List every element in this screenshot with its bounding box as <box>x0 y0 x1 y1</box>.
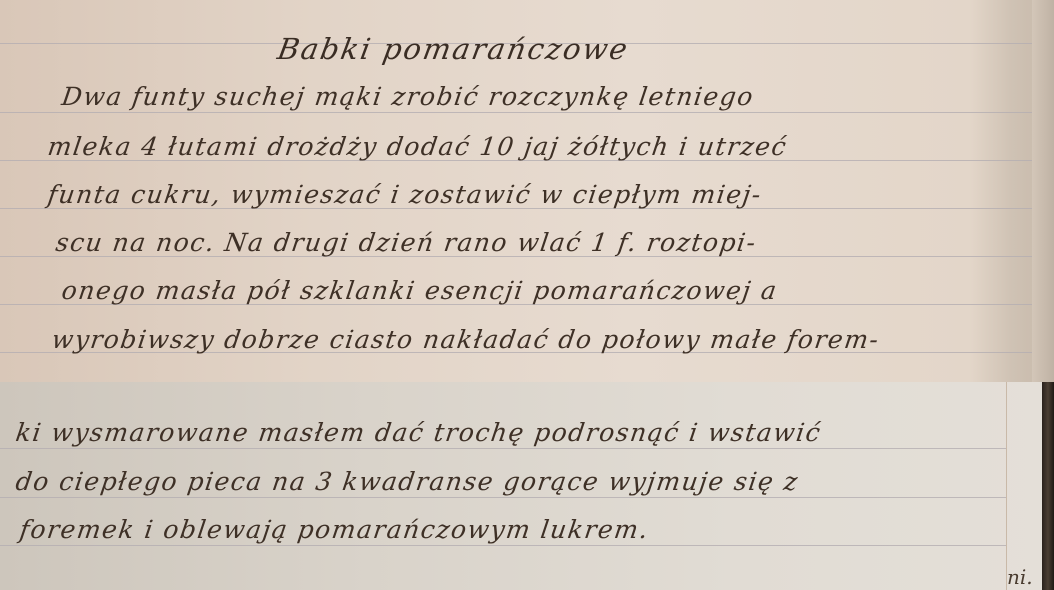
recipe-line: onego masła pół szklanki esencji pomarań… <box>60 276 780 305</box>
recipe-line: scu na noc. Na drugi dzień rano wlać 1 f… <box>54 228 759 257</box>
book-edge <box>1042 382 1054 590</box>
recipe-title: Babki pomarańczowe <box>275 32 632 66</box>
ruled-line <box>0 545 1006 546</box>
ruled-line <box>0 497 1006 498</box>
recipe-line: foremek i oblewają pomarańczowym lukrem. <box>18 515 651 544</box>
recipe-line: funta cukru, wymieszać i zostawić w ciep… <box>46 180 764 209</box>
ruled-line <box>0 448 1006 449</box>
recipe-line: Dwa funty suchej mąki zrobić rozczynkę l… <box>60 82 756 111</box>
margin-mark: ni. <box>1007 565 1033 589</box>
notebook-page-bottom-strip: ki wysmarowane masłem dać trochę podrosn… <box>0 382 1054 590</box>
margin-line <box>1006 382 1007 590</box>
ruled-line <box>0 112 1032 113</box>
recipe-line: ki wysmarowane masłem dać trochę podrosn… <box>14 418 823 447</box>
page-edge <box>1032 0 1054 382</box>
notebook-page-top-strip: Babki pomarańczowe Dwa funty suchej mąki… <box>0 0 1054 382</box>
recipe-line: do ciepłego pieca na 3 kwadranse gorące … <box>14 467 801 496</box>
recipe-line: wyrobiwszy dobrze ciasto nakładać do poł… <box>50 325 882 354</box>
recipe-line: mleka 4 łutami drożdży dodać 10 jaj żółt… <box>46 132 789 161</box>
